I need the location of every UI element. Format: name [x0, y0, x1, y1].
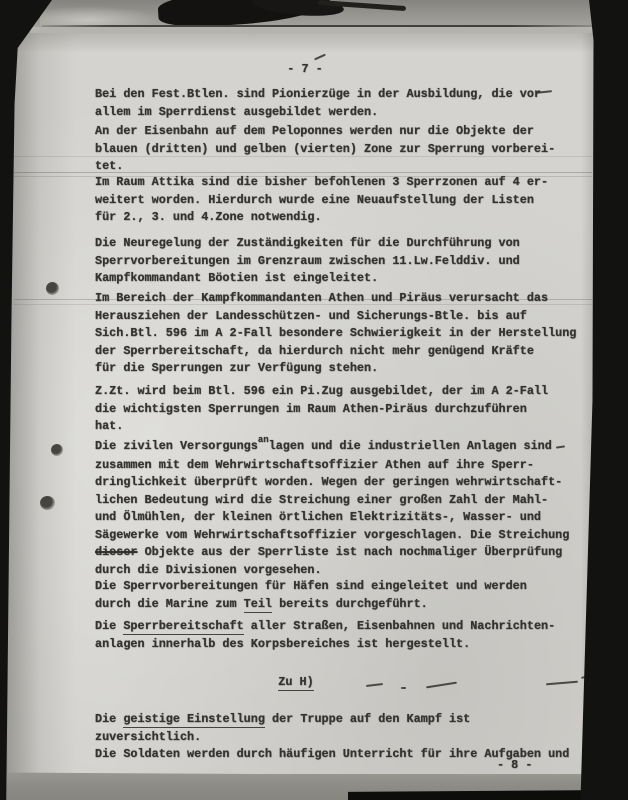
section-heading: Zu H)	[88, 674, 504, 692]
sheet-edge-line	[42, 25, 594, 27]
paragraph-pi-zug: Z.Zt. wird beim Btl. 596 ein Pi.Zug ausg…	[95, 383, 579, 436]
punch-hole-mark	[40, 496, 55, 510]
paragraph-versorgung: Die zivilen Versorgungsanlagen und die i…	[95, 438, 579, 579]
punch-hole-mark	[46, 282, 59, 295]
paragraph-haefen: Die Sperrvorbereitungen für Häfen sind e…	[95, 578, 579, 613]
page-number-top: - 7 -	[97, 61, 513, 79]
paragraph-fest-btle: Bei den Fest.Btlen. sind Pionierzüge in …	[95, 86, 579, 121]
paragraph-eisenbahn: An der Eisenbahn auf dem Peloponnes werd…	[95, 123, 579, 176]
section-heading-label: Zu H)	[278, 675, 313, 691]
page-number-bottom-label: - 8 -	[497, 758, 532, 772]
photo-border-bottom	[348, 790, 596, 800]
page-number-top-label: - 7 -	[287, 62, 322, 76]
scanner-background-highlight	[40, 6, 160, 26]
paragraph-sperrbereitschaft: Die Sperrbereitschaft aller Straßen, Eis…	[95, 618, 579, 653]
paragraph-neuregelung: Die Neuregelung der Zuständigkeiten für …	[95, 235, 579, 288]
scanned-document-photo: - 7 - Bei den Fest.Btlen. sind Pionierzü…	[0, 0, 628, 800]
paragraph-geistige-einstellung: Die geistige Einstellung der Truppe auf …	[95, 711, 579, 764]
paragraph-kampfkommandant: Im Bereich der Kampfkommandanten Athen u…	[95, 290, 579, 378]
punch-hole-mark	[51, 444, 63, 456]
page-number-bottom: - 8 -	[497, 757, 532, 775]
paragraph-attika: Im Raum Attika sind die bisher befohlene…	[95, 174, 579, 227]
